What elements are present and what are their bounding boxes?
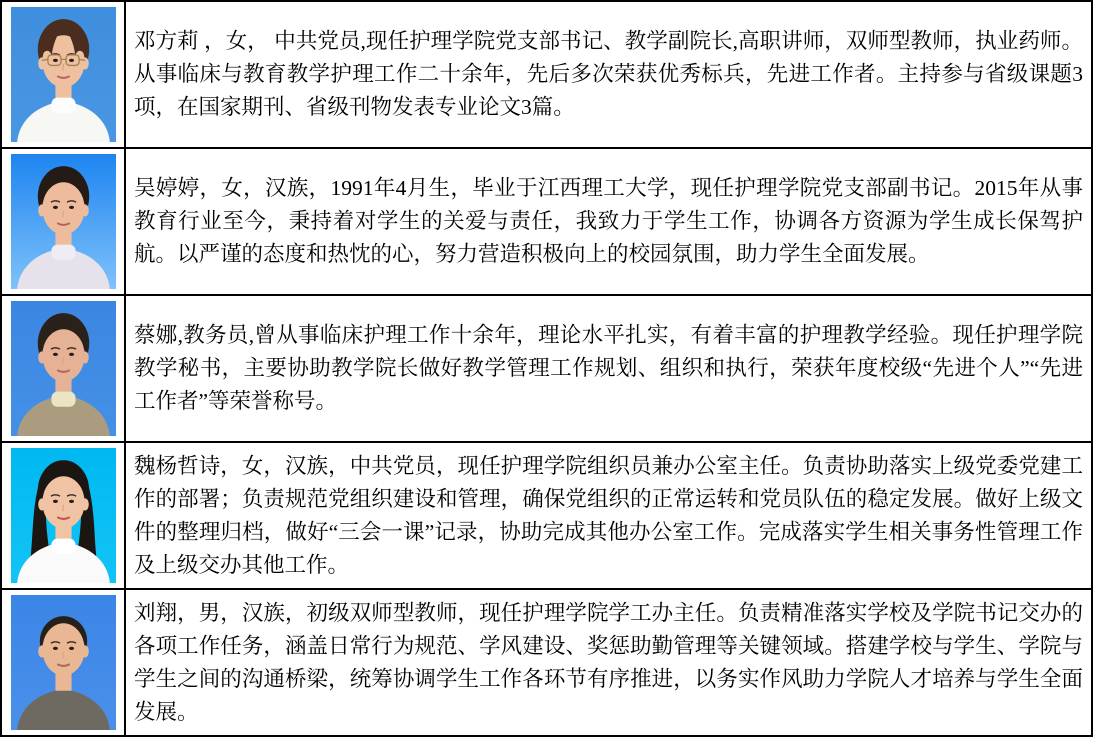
staff-photo [11, 7, 116, 142]
photo-cell [2, 590, 126, 735]
bio-cell: 魏杨哲诗，女，汉族，中共党员，现任护理学院组织员兼办公室主任。负责协助落实上级党… [126, 443, 1091, 588]
staff-row: 吴婷婷，女，汉族，1991年4月生，毕业于江西理工大学，现任护理学院党支部副书记… [2, 149, 1091, 296]
photo-cell [2, 2, 126, 147]
staff-bio-text: 魏杨哲诗，女，汉族，中共党员，现任护理学院组织员兼办公室主任。负责协助落实上级党… [134, 450, 1083, 582]
staff-row: 魏杨哲诗，女，汉族，中共党员，现任护理学院组织员兼办公室主任。负责协助落实上级党… [2, 443, 1091, 590]
staff-portrait [11, 301, 116, 436]
photo-cell [2, 443, 126, 588]
staff-bio-text: 吴婷婷，女，汉族，1991年4月生，毕业于江西理工大学，现任护理学院党支部副书记… [134, 172, 1083, 271]
photo-cell [2, 149, 126, 294]
staff-portrait [11, 154, 116, 289]
staff-row: 蔡娜,教务员,曾从事临床护理工作十余年，理论水平扎实，有着丰富的护理教学经验。现… [2, 296, 1091, 443]
bio-cell: 邓方莉 ，女， 中共党员,现任护理学院党支部书记、教学副院长,高职讲师，双师型教… [126, 2, 1091, 147]
staff-row: 邓方莉 ，女， 中共党员,现任护理学院党支部书记、教学副院长,高职讲师，双师型教… [2, 2, 1091, 149]
staff-bio-text: 邓方莉 ，女， 中共党员,现任护理学院党支部书记、教学副院长,高职讲师，双师型教… [134, 25, 1083, 124]
bio-cell: 蔡娜,教务员,曾从事临床护理工作十余年，理论水平扎实，有着丰富的护理教学经验。现… [126, 296, 1091, 441]
staff-photo [11, 301, 116, 436]
staff-portrait [11, 595, 116, 730]
staff-portrait [11, 448, 116, 583]
staff-photo [11, 154, 116, 289]
portrait-body [17, 670, 110, 730]
portrait-body [17, 376, 110, 436]
staff-row: 刘翔，男，汉族，初级双师型教师，现任护理学院学工办主任。负责精准落实学校及学院书… [2, 590, 1091, 735]
bio-cell: 吴婷婷，女，汉族，1991年4月生，毕业于江西理工大学，现任护理学院党支部副书记… [126, 149, 1091, 294]
staff-photo [11, 448, 116, 583]
staff-photo [11, 595, 116, 730]
photo-cell [2, 296, 126, 441]
staff-portrait [11, 7, 116, 142]
staff-profile-table: 邓方莉 ，女， 中共党员,现任护理学院党支部书记、教学副院长,高职讲师，双师型教… [0, 0, 1093, 737]
staff-bio-text: 刘翔，男，汉族，初级双师型教师，现任护理学院学工办主任。负责精准落实学校及学院书… [134, 597, 1083, 729]
portrait-body [17, 82, 110, 142]
bio-cell: 刘翔，男，汉族，初级双师型教师，现任护理学院学工办主任。负责精准落实学校及学院书… [126, 590, 1091, 735]
portrait-body [17, 229, 110, 289]
staff-bio-text: 蔡娜,教务员,曾从事临床护理工作十余年，理论水平扎实，有着丰富的护理教学经验。现… [134, 319, 1083, 418]
